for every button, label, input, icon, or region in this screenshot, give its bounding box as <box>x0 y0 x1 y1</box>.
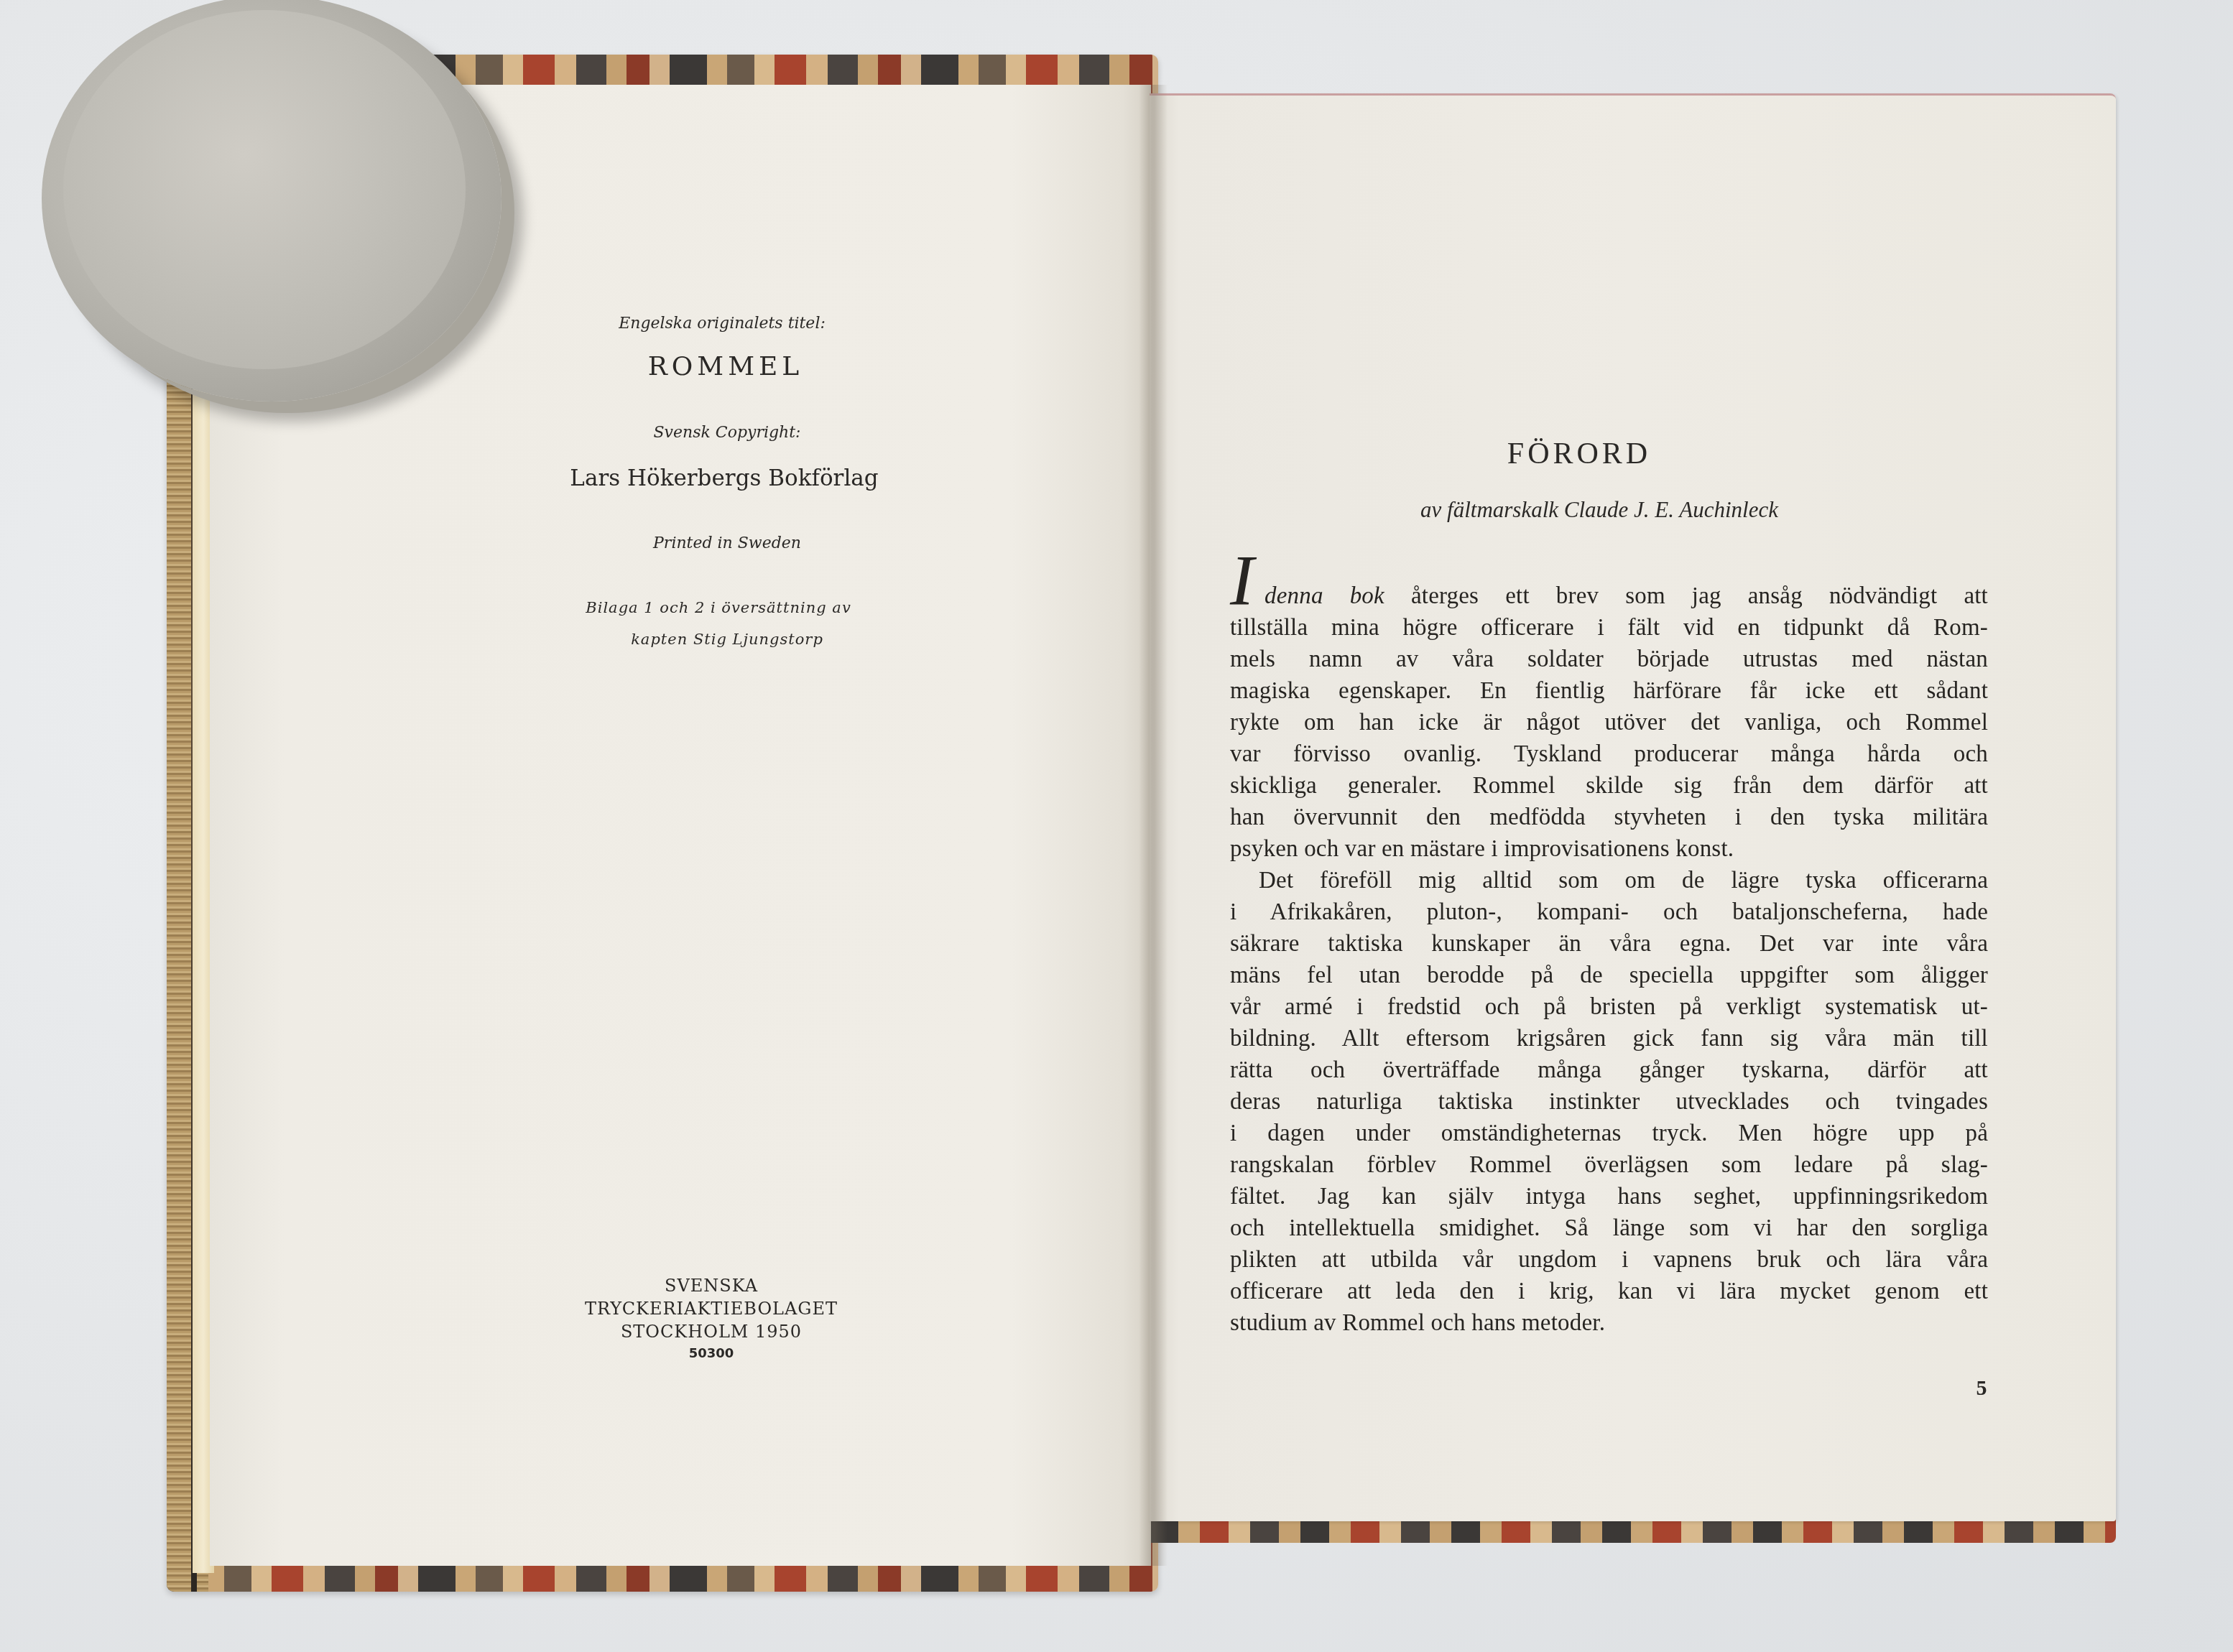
body-line: rangskalan förblev Rommel överlägsen som… <box>1230 1152 1988 1179</box>
print-number: 50300 <box>689 1346 734 1361</box>
body-line: Det föreföll mig alltid som om de lägre … <box>1259 868 1988 894</box>
body-line: fältet. Jag kan själv intyga hans seghet… <box>1230 1184 1988 1210</box>
printed-in: Printed in Sweden <box>653 534 801 552</box>
body-line: bildning. Allt eftersom krigsåren gick f… <box>1230 1026 1988 1052</box>
body-line: säkrare taktiska kunskaper än våra egna.… <box>1230 931 1988 957</box>
page-number: 5 <box>1977 1376 1987 1401</box>
translation-note-line2: kapten Stig Ljungstorp <box>631 631 823 648</box>
body-line: och intellektuella smidighet. Så länge s… <box>1230 1215 1988 1242</box>
printer-line3: STOCKHOLM 1950 <box>621 1322 802 1342</box>
publisher-name: Lars Hökerbergs Bokförlag <box>570 465 878 491</box>
body-line: plikten att utbilda vår ungdom i vapnens… <box>1230 1247 1988 1273</box>
body-line: deras naturliga taktiska instinkter utve… <box>1230 1089 1988 1115</box>
foreword-author: av fältmarskalk Claude J. E. Auchinleck <box>1420 497 1778 523</box>
translation-note-line1: Bilaga 1 och 2 i översättning av <box>586 599 851 616</box>
body-line: tillställa mina högre officerare i fält … <box>1230 615 1988 641</box>
book-gutter <box>1139 85 1168 1566</box>
stone-disc-paperweight <box>42 0 501 402</box>
original-title: ROMMEL <box>648 352 804 381</box>
body-line: i Afrikakåren, pluton-, kompani- och bat… <box>1230 899 1988 926</box>
body-line: i dagen under omständigheternas tryck. M… <box>1230 1120 1988 1147</box>
body-line: mels namn av våra soldater började utrus… <box>1230 646 1988 673</box>
printer-line2: TRYCKERIAKTIEBOLAGET <box>585 1299 838 1319</box>
body-line-1: denna bok återges ett brev som jag ansåg… <box>1265 583 1988 610</box>
drop-cap: I <box>1230 544 1254 616</box>
body-line: var förvisso ovanlig. Tyskland producera… <box>1230 741 1988 768</box>
original-title-label: Engelska originalets titel: <box>619 315 826 333</box>
body-line: han övervunnit den medfödda styvheten i … <box>1230 804 1988 831</box>
copyright-label: Svensk Copyright: <box>654 424 801 442</box>
body-line: psyken och var en mästare i improvisatio… <box>1230 836 1988 863</box>
body-line: magiska egenskaper. En fientlig härförar… <box>1230 678 1988 705</box>
printer-line1: SVENSKA <box>665 1276 758 1296</box>
body-line: mäns fel utan berodde på de speciella up… <box>1230 962 1988 989</box>
foreword-heading: FÖRORD <box>1507 437 1651 471</box>
body-line: rätta och överträffade många gånger tysk… <box>1230 1057 1988 1084</box>
first-line-italic: denna bok <box>1265 583 1384 609</box>
body-line: vår armé i fredstid och på bristen på ve… <box>1230 994 1988 1021</box>
body-line: officerare att leda den i krig, kan vi l… <box>1230 1279 1988 1305</box>
body-line: studium av Rommel och hans metoder. <box>1230 1310 1988 1337</box>
body-line: skickliga generaler. Rommel skilde sig f… <box>1230 773 1988 799</box>
body-line: rykte om han icke är något utöver det va… <box>1230 710 1988 736</box>
